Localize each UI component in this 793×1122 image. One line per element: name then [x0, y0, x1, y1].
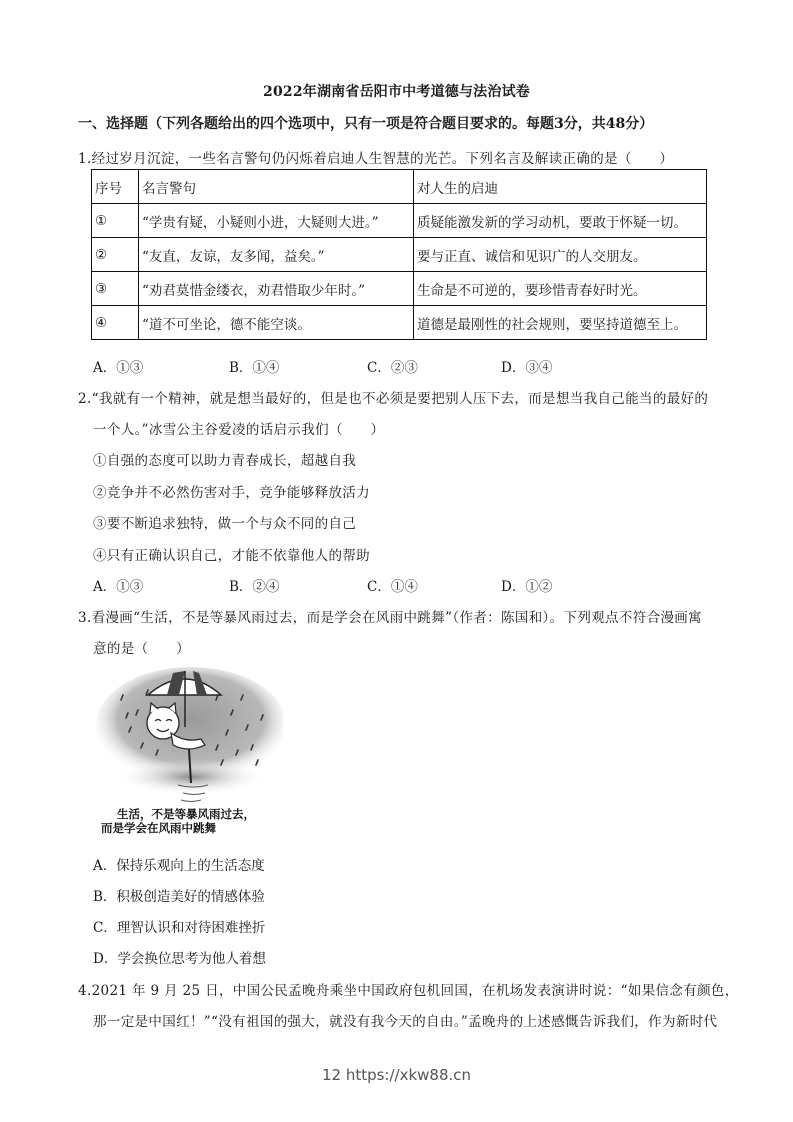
table-cell: “友直，友谅，友多闻，益矣。” — [139, 238, 414, 272]
table-header-row: 序号 名言警句 对人生的启迪 — [92, 170, 707, 204]
question-number: 2. — [78, 391, 92, 407]
question-number: 4. — [78, 983, 92, 999]
table-header-cell: 序号 — [92, 170, 139, 204]
option-b: B．②④ — [229, 575, 279, 595]
option-c: C．②③ — [367, 356, 418, 376]
statement-3: ③要不断追求独特，做一个与众不同的自己 — [93, 512, 356, 532]
question-number: 1. — [78, 151, 92, 167]
option-d: D．①② — [501, 575, 552, 595]
table-row: ③ “劝君莫惜金缕衣，劝君惜取少年时。” 生命是不可逆的，要珍惜青春好时光。 — [92, 272, 707, 306]
statement-1: ①自强的态度可以助力青春成长，超越自我 — [93, 449, 356, 469]
table-cell: 道德是最刚性的社会规则，要坚持道德至上。 — [414, 306, 707, 340]
table-cell: ③ — [92, 272, 139, 306]
table-cell: “学贵有疑，小疑则小进，大疑则大进。” — [139, 204, 414, 238]
cartoon-caption-line1: 生活，不是等暴风雨过去， — [117, 807, 255, 821]
table-row: ② “友直，友谅，友多闻，益矣。” 要与正直、诚信和见识广的人交朋友。 — [92, 238, 707, 272]
table-cell: “劝君莫惜金缕衣，劝君惜取少年时。” — [139, 272, 414, 306]
question-3-stem-line1: 3.看漫画“生活，不是等暴风雨过去，而是学会在风雨中跳舞”（作者：陈国和）。下列… — [78, 606, 702, 626]
table-row: ① “学贵有疑，小疑则小进，大疑则大进。” 质疑能激发新的学习动机，要敢于怀疑一… — [92, 204, 707, 238]
option-a: A．①③ — [93, 356, 143, 376]
question-3-stem-line2: 意的是（ ） — [93, 637, 190, 657]
option-a: A．保持乐观向上的生活态度 — [93, 854, 265, 874]
question-1-stem: 1.经过岁月沉淀，一些名言警句仍闪烁着启迪人生智慧的光芒。下列名言及解读正确的是… — [78, 147, 673, 167]
table-cell: ② — [92, 238, 139, 272]
question-text: 2021 年 9 月 25 日，中国公民孟晚舟乘坐中国政府包机回国，在机场发表演… — [92, 983, 739, 999]
question-2-stem-line2: 一个人。”冰雪公主谷爱凌的话启示我们（ ） — [93, 418, 384, 438]
option-c: C．①④ — [367, 575, 418, 595]
cat-umbrella-illustration: 生活，不是等暴风雨过去， 而是学会在风雨中跳舞 — [93, 665, 283, 835]
option-b: B．积极创造美好的情感体验 — [93, 885, 265, 905]
table-cell: ① — [92, 204, 139, 238]
exam-title: 2022年湖南省岳阳市中考道德与法治试卷 — [0, 81, 793, 101]
table-header-cell: 对人生的启迪 — [414, 170, 707, 204]
question-2-stem-line1: 2.“我就有一个精神，就是想当最好的，但是也不必须是要把别人压下去，而是想当我自… — [78, 387, 708, 407]
question-text: 看漫画“生活，不是等暴风雨过去，而是学会在风雨中跳舞”（作者：陈国和）。下列观点… — [92, 610, 702, 626]
question-text: 经过岁月沉淀，一些名言警句仍闪烁着启迪人生智慧的光芒。下列名言及解读正确的是（ … — [92, 151, 674, 167]
cartoon-caption-line2: 而是学会在风雨中跳舞 — [101, 821, 216, 835]
option-c: C．理智认识和对待困难挫折 — [93, 916, 265, 936]
option-d: D．③④ — [501, 356, 552, 376]
cartoon-image: 生活，不是等暴风雨过去， 而是学会在风雨中跳舞 — [93, 665, 283, 835]
option-b: B．①④ — [229, 356, 279, 376]
question-4-stem-line1: 4.2021 年 9 月 25 日，中国公民孟晚舟乘坐中国政府包机回国，在机场发… — [78, 979, 739, 999]
table-cell: “道不可坐论，德不能空谈。 — [139, 306, 414, 340]
question-text: “我就有一个精神，就是想当最好的，但是也不必须是要把别人压下去，而是想当我自己能… — [92, 391, 709, 407]
question-number: 3. — [78, 610, 92, 626]
option-a: A．①③ — [93, 575, 143, 595]
statement-2: ②竞争并不必然伤害对手，竞争能够释放活力 — [93, 481, 370, 501]
quotes-table: 序号 名言警句 对人生的启迪 ① “学贵有疑，小疑则小进，大疑则大进。” 质疑能… — [91, 169, 707, 340]
table-cell: ④ — [92, 306, 139, 340]
question-4-stem-line2: 那一定是中国红！”“没有祖国的强大，就没有我今天的自由。”孟晚舟的上述感慨告诉我… — [93, 1010, 717, 1030]
statement-4: ④只有正确认识自己，才能不依靠他人的帮助 — [93, 544, 370, 564]
table-cell: 要与正直、诚信和见识广的人交朋友。 — [414, 238, 707, 272]
option-d: D．学会换位思考为他人着想 — [93, 947, 266, 967]
section-heading: 一、选择题（下列各题给出的四个选项中，只有一项是符合题目要求的。每题3分，共48… — [78, 113, 653, 133]
table-cell: 生命是不可逆的，要珍惜青春好时光。 — [414, 272, 707, 306]
table-header-cell: 名言警句 — [139, 170, 414, 204]
table-row: ④ “道不可坐论，德不能空谈。 道德是最刚性的社会规则，要坚持道德至上。 — [92, 306, 707, 340]
table-cell: 质疑能激发新的学习动机，要敢于怀疑一切。 — [414, 204, 707, 238]
page-footer: 12 https://xkw88.cn — [0, 1066, 793, 1084]
